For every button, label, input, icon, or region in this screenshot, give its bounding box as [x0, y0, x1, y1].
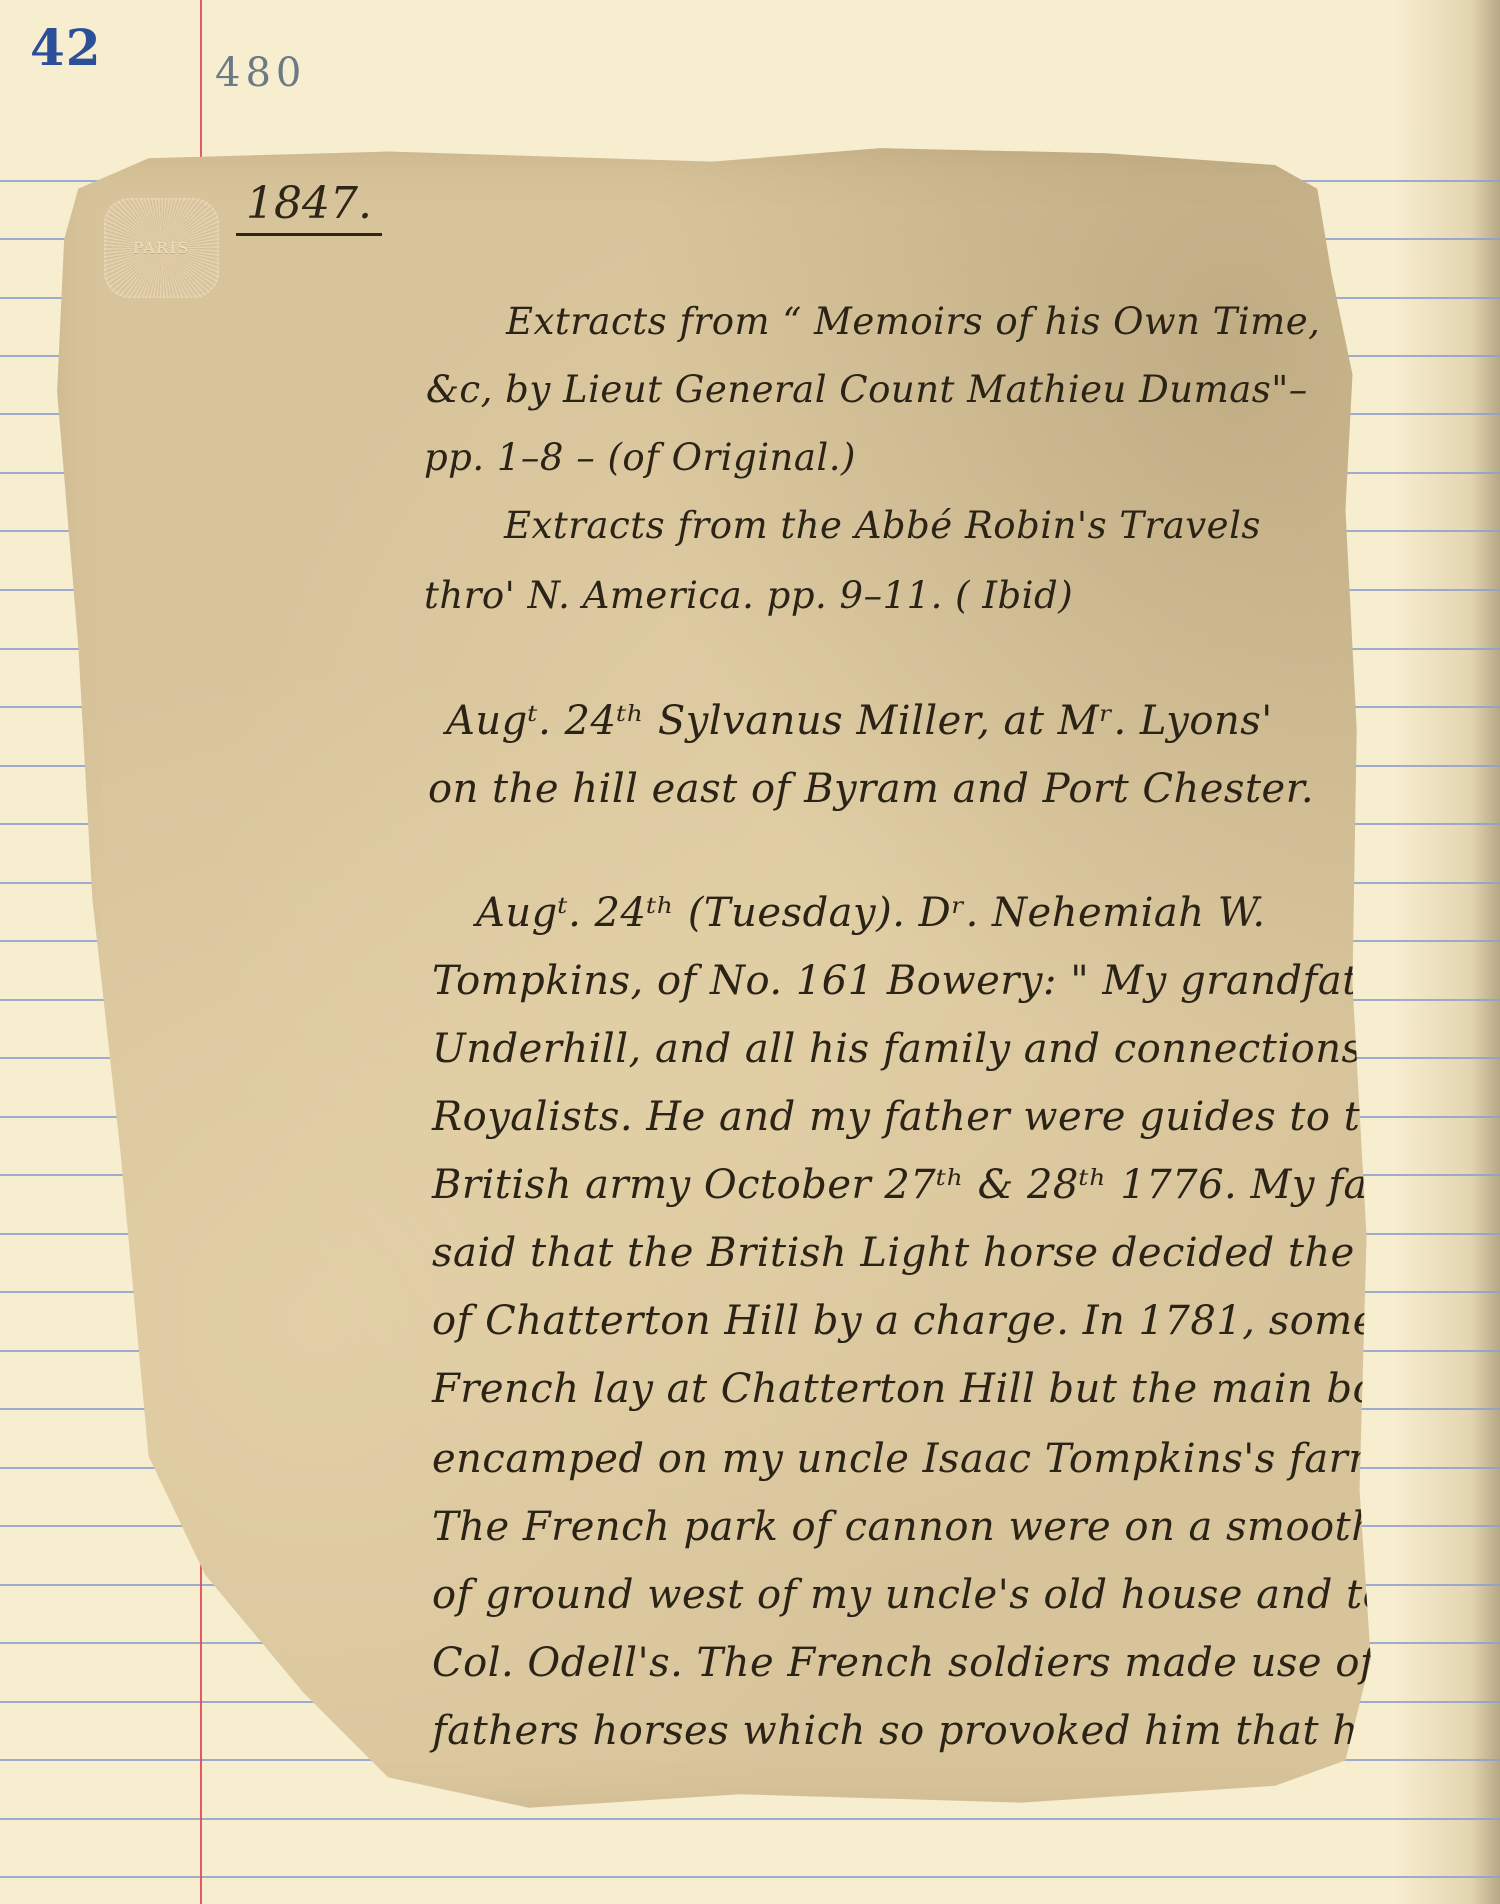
folio-number: 42 — [30, 18, 102, 77]
manuscript-line: of Chatterton Hill by a charge. In 1781,… — [432, 1298, 1500, 1344]
manuscript-line: of ground west of my uncle's old house a… — [432, 1572, 1500, 1618]
manuscript-line: on the hill east of Byram and Port Chest… — [428, 766, 1314, 812]
manuscript-line: Augᵗ. 24ᵗʰ Sylvanus Miller, at Mʳ. Lyons… — [446, 698, 1273, 744]
manuscript-line: Underhill, and all his family and connec… — [432, 1026, 1478, 1072]
manuscript-line: &c, by Lieut General Count Mathieu Dumas… — [426, 368, 1308, 411]
manuscript-line: The French park of cannon were on a smoo… — [432, 1504, 1500, 1550]
paris-emboss-stamp: PARIS — [104, 198, 219, 298]
manuscript-line: Col. Odell's. The French soldiers made u… — [432, 1640, 1450, 1686]
manuscript-line: French lay at Chatterton Hill but the ma… — [432, 1366, 1426, 1412]
manuscript-line: said that the British Light horse decide… — [432, 1230, 1489, 1276]
manuscript-line: British army October 27ᵗʰ & 28ᵗʰ 1776. M… — [432, 1162, 1455, 1208]
manuscript-line: Royalists. He and my father were guides … — [432, 1094, 1411, 1140]
page-number: 480 — [215, 50, 306, 96]
manuscript-line: Extracts from “ Memoirs of his Own Time, — [506, 300, 1320, 343]
year-heading: 1847. — [236, 178, 382, 236]
stamp-label: PARIS — [133, 239, 190, 257]
ledger-rule — [0, 1818, 1500, 1820]
manuscript-line: Tompkins, of No. 161 Bowery: " My grandf… — [432, 958, 1409, 1004]
ledger-rule — [0, 1876, 1500, 1878]
manuscript-line: encamped on my uncle Isaac Tompkins's fa… — [432, 1436, 1400, 1482]
manuscript-line: pp. 1–8 – (of Original.) — [424, 436, 856, 479]
manuscript-line: Extracts from the Abbé Robin's Travels — [504, 504, 1261, 547]
manuscript-line: thro' N. America. pp. 9–11. ( Ibid) — [424, 574, 1073, 617]
manuscript-line: fathers horses which so provoked him tha… — [432, 1708, 1383, 1754]
manuscript-line: Augᵗ. 24ᵗʰ (Tuesday). Dʳ. Nehemiah W. — [476, 890, 1266, 936]
manuscript-fragment: PARIS 1847. Extracts from “ Memoirs of h… — [36, 138, 1444, 1828]
